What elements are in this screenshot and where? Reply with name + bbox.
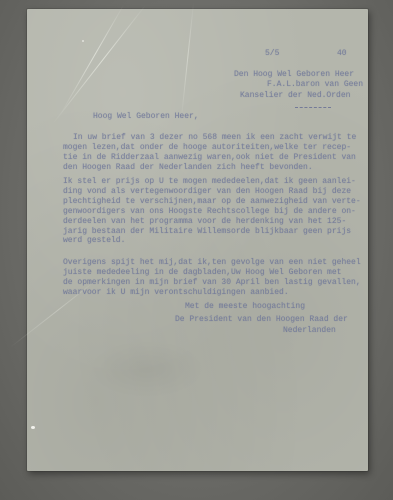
closing-phrase: Met de meeste hoogachting (185, 302, 305, 312)
salutation: Hoog Wel Geboren Heer, (93, 112, 199, 122)
paragraph-2: Ik stel er prijs op U te mogen mededeele… (63, 177, 363, 246)
date-year: 40 (337, 49, 347, 59)
recipient-line-3: Kanselier der Ned.Orden (240, 91, 350, 101)
date-day-month: 5/5 (265, 49, 279, 59)
paragraph-3: Overigens spijt het mij,dat ik,ten gevol… (63, 258, 363, 298)
crease-line (53, 5, 146, 124)
photo-backdrop: 5/5 40 Den Hoog Wel Geboren Heer F.A.L.b… (0, 0, 393, 500)
paper-speck (82, 40, 84, 42)
signature-line-1: De President van den Hoogen Raad der (175, 315, 348, 325)
letter-paper: 5/5 40 Den Hoog Wel Geboren Heer F.A.L.b… (27, 9, 368, 471)
signature-line-2: Nederlanden (283, 326, 336, 336)
paper-smudge (87, 339, 207, 399)
recipient-underline (295, 107, 331, 108)
crease-line (61, 5, 124, 114)
paper-speck (31, 426, 35, 429)
paragraph-1: In uw brief van 3 dezer no 568 meen ik e… (63, 133, 363, 173)
crease-line (181, 3, 194, 120)
recipient-line-1: Den Hoog Wel Geboren Heer (234, 70, 354, 80)
recipient-line-2: F.A.L.baron van Geen (267, 80, 363, 90)
